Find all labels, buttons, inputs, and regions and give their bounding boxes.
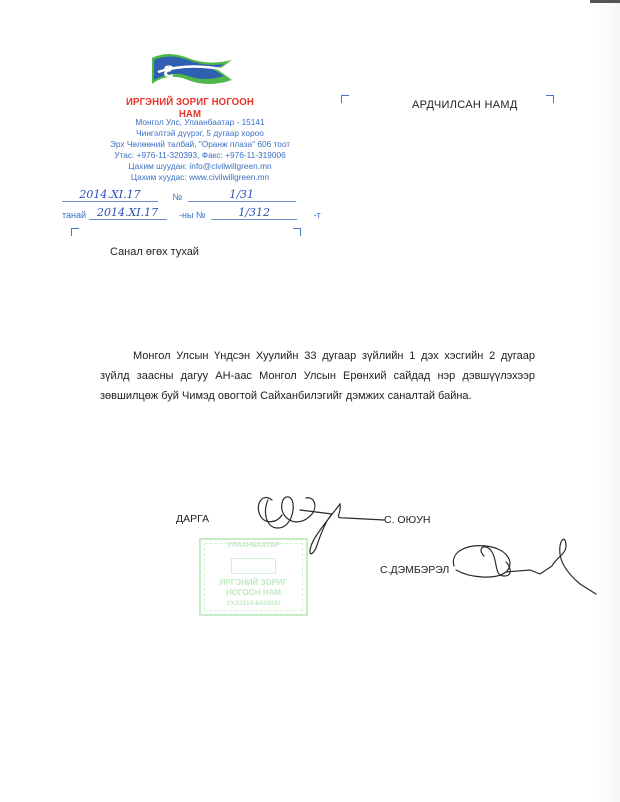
signature-2-icon bbox=[453, 539, 596, 594]
handwritten-signatures bbox=[0, 0, 620, 802]
signature-1-icon bbox=[258, 497, 384, 554]
